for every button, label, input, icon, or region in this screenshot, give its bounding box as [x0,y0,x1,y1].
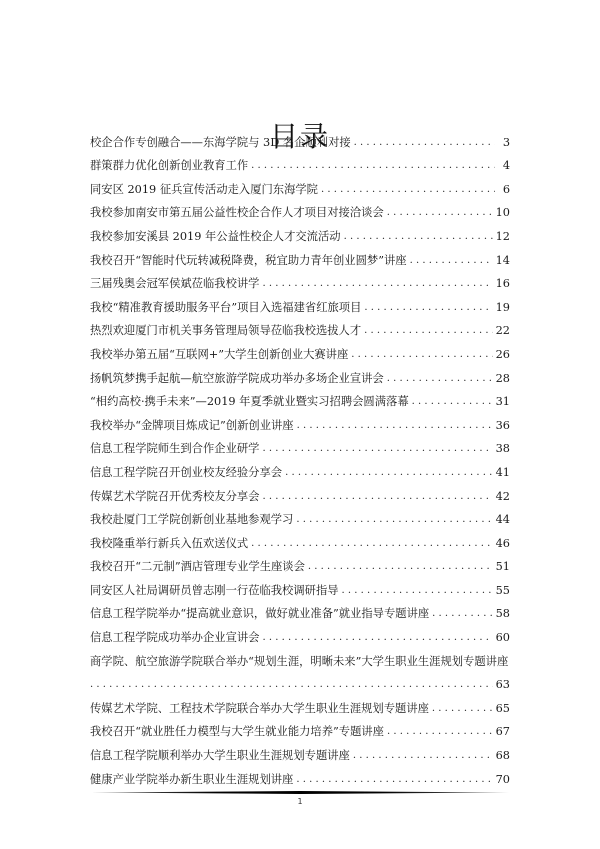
toc-entry-title: “相约高校·携手未来”—2019 年夏季就业暨实习招聘会圆满落幕 [90,395,409,409]
toc-entry[interactable]: 我校召开“二元制”酒店管理专业学生座谈会....................… [90,551,510,575]
toc-entry[interactable]: 商学院、航空旅游学院联合举办“规划生涯，明晰未来”大学生职业生涯规划专题讲座 .… [90,645,510,692]
toc-entry-title: 群策群力优化创新创业教育工作 [90,159,248,173]
toc-entry[interactable]: 三届残奥会冠军侯斌莅临我校讲学.........................… [90,268,510,292]
toc-entry-page: 55 [496,584,510,598]
dot-leader: ........................................… [321,183,495,197]
toc-entry[interactable]: 我校召开“智能时代玩转减税降费，税宜助力青年创业圆梦”讲座...........… [90,244,510,268]
dot-leader: ........................................… [410,254,493,268]
toc-entry-title: 校企合作专创融合——东海学院与 3D 名企顺利对接 [90,136,351,150]
dot-leader: ........................................… [251,159,495,173]
toc-entry-page: 42 [496,490,510,504]
toc-entry[interactable]: 我校举办“金牌项目炼成记”创新创业讲座.....................… [90,409,510,433]
toc-entry[interactable]: 健康产业学院举办新生职业生涯规划讲座......................… [90,763,510,787]
toc-entry[interactable]: 信息工程学院顺利举办大学生职业生涯规划专题讲座.................… [90,739,510,763]
toc-entry-page: 58 [496,607,510,621]
toc-entry-page: 14 [496,254,510,268]
toc-entry-title: 同安区人社局调研员曾志刚一行莅临我校调研指导 [90,584,339,598]
dot-leader: ........................................… [262,442,492,456]
dot-leader: ........................................… [387,206,493,220]
toc-entry[interactable]: 传媒艺术学院召开优秀校友分享会.........................… [90,480,510,504]
toc-entry-title: 信息工程学院师生到合作企业研学 [90,442,259,456]
toc-entry[interactable]: 传媒艺术学院、工程技术学院联合举办大学生职业生涯规划专题讲座..........… [90,692,510,716]
toc-entry-page: 67 [496,725,510,739]
toc-entry-page: 51 [496,560,510,574]
toc-entry[interactable]: 热烈欢迎厦门市机关事务管理局领导莅临我校选拔人才................… [90,315,510,339]
toc-entry-title: 三届残奥会冠军侯斌莅临我校讲学 [90,277,259,291]
toc-entry-title: 商学院、航空旅游学院联合举办“规划生涯，明晰未来”大学生职业生涯规划专题讲座 [90,655,508,669]
dot-leader: ........................................… [432,702,493,716]
toc-entry-title: 传媒艺术学院、工程技术学院联合举办大学生职业生涯规划专题讲座 [90,702,429,716]
toc-entry[interactable]: 信息工程学院成功举办企业宣讲会.........................… [90,621,510,645]
toc-entry-page: 41 [496,466,510,480]
dot-leader: ........................................… [387,725,493,739]
toc-entry-page: 60 [496,631,510,645]
toc-entry[interactable]: 信息工程学院师生到合作企业研学.........................… [90,433,510,457]
dot-leader: ........................................… [364,301,492,315]
toc-entry-title: 传媒艺术学院召开优秀校友分享会 [90,490,259,504]
toc-entry-title: 信息工程学院召开创业校友经验分享会 [90,466,282,480]
dot-leader: ........................................… [251,537,492,551]
toc-entry-page: 46 [496,537,510,551]
dot-leader: ........................................… [285,466,493,480]
toc-entry[interactable]: “相约高校·携手未来”—2019 年夏季就业暨实习招聘会圆满落幕........… [90,386,510,410]
dot-leader: ........................................… [412,395,493,409]
toc-entry-page: 70 [496,773,510,787]
toc-entry[interactable]: 我校隆重举行新兵入伍欢送仪式..........................… [90,527,510,551]
toc-entry[interactable]: 扬帆筑梦携手起航—航空旅游学院成功举办多场企业宣讲会..............… [90,362,510,386]
toc-entry-title: 信息工程学院成功举办企业宣讲会 [90,631,259,645]
toc-entry[interactable]: 我校参加南安市第五届公益性校企合作人才项目对接洽谈会..............… [90,197,510,221]
dot-leader: ........................................… [344,230,493,244]
table-of-contents: 校企合作专创融合——东海学院与 3D 名企顺利对接...............… [90,126,510,787]
dot-leader: ........................................… [351,348,492,362]
toc-entry[interactable]: 我校赴厦门工学院创新创业基地参观学习......................… [90,504,510,528]
dot-leader: ........................................… [296,513,492,527]
toc-entry[interactable]: 同安区人社局调研员曾志刚一行莅临我校调研指导..................… [90,574,510,598]
toc-entry-page: 3 [498,136,510,150]
toc-entry-page: 19 [496,301,510,315]
toc-entry-page: 44 [496,513,510,527]
toc-entry-page: 12 [496,230,510,244]
dot-leader: ........................................… [262,277,492,291]
toc-entry-title: 我校召开“就业胜任力模型与大学生就业能力培养”专题讲座 [90,725,384,739]
toc-entry-page: 68 [496,749,510,763]
dot-leader: ........................................… [297,419,493,433]
toc-entry-title: 我校参加安溪县 2019 年公益性校企人才交流活动 [90,230,341,244]
toc-entry-page: 63 [496,678,510,692]
page-number: 1 [0,797,600,806]
dot-leader: ........................................… [308,560,493,574]
toc-entry-title: 我校“精准教育援助服务平台”项目入选福建省红旅项目 [90,301,361,315]
dot-leader: ........................................… [296,773,492,787]
dot-leader: ........................................… [90,678,493,692]
toc-entry-page: 28 [496,372,510,386]
toc-entry-title: 同安区 2019 征兵宣传活动走入厦门东海学院 [90,183,318,197]
toc-entry-page: 4 [498,159,510,173]
toc-entry-title: 我校赴厦门工学院创新创业基地参观学习 [90,513,293,527]
footer-divider [91,791,509,794]
toc-entry-title: 信息工程学院顺利举办大学生职业生涯规划专题讲座 [90,749,350,763]
toc-entry-page: 38 [496,442,510,456]
toc-entry[interactable]: 我校“精准教育援助服务平台”项目入选福建省红旅项目...............… [90,291,510,315]
toc-entry-title: 我校召开“二元制”酒店管理专业学生座谈会 [90,560,305,574]
toc-entry-page: 31 [496,395,510,409]
toc-entry-page: 65 [496,702,510,716]
toc-entry[interactable]: 同安区 2019 征兵宣传活动走入厦门东海学院.................… [90,173,510,197]
toc-entry-page: 22 [496,324,510,338]
toc-entry-title: 我校举办“金牌项目炼成记”创新创业讲座 [90,419,294,433]
toc-entry[interactable]: 信息工程学院召开创业校友经验分享会.......................… [90,456,510,480]
toc-entry-page: 6 [498,183,510,197]
toc-entry-page: 16 [496,277,510,291]
toc-entry[interactable]: 群策群力优化创新创业教育工作..........................… [90,150,510,174]
toc-entry[interactable]: 我校召开“就业胜任力模型与大学生就业能力培养”专题讲座.............… [90,716,510,740]
dot-leader: ........................................… [342,584,493,598]
toc-entry-title: 扬帆筑梦携手起航—航空旅游学院成功举办多场企业宣讲会 [90,372,384,386]
toc-entry-title: 我校隆重举行新兵入伍欢送仪式 [90,537,248,551]
toc-entry-page: 26 [496,348,510,362]
toc-entry-title: 我校举办第五届“互联网+”大学生创新创业大赛讲座 [90,348,348,362]
toc-entry[interactable]: 我校举办第五届“互联网+”大学生创新创业大赛讲座................… [90,338,510,362]
toc-entry-title: 我校参加南安市第五届公益性校企合作人才项目对接洽谈会 [90,206,384,220]
dot-leader: ........................................… [432,607,492,621]
dot-leader: ........................................… [364,324,492,338]
toc-entry-page: 36 [496,419,510,433]
dot-leader: ........................................… [353,749,493,763]
toc-entry[interactable]: 信息工程学院举办“提高就业意识，做好就业准备”就业指导专题讲座.........… [90,598,510,622]
toc-entry[interactable]: 我校参加安溪县 2019 年公益性校企人才交流活动...............… [90,220,510,244]
dot-leader: ........................................… [262,631,492,645]
toc-entry-title: 我校召开“智能时代玩转减税降费，税宜助力青年创业圆梦”讲座 [90,254,407,268]
dot-leader: ........................................… [387,372,493,386]
toc-entry-page: 10 [496,206,510,220]
toc-entry-title: 热烈欢迎厦门市机关事务管理局领导莅临我校选拔人才 [90,324,361,338]
dot-leader: ........................................… [354,136,495,150]
toc-entry[interactable]: 校企合作专创融合——东海学院与 3D 名企顺利对接...............… [90,126,510,150]
toc-entry-title: 信息工程学院举办“提高就业意识，做好就业准备”就业指导专题讲座 [90,607,429,621]
toc-entry-title: 健康产业学院举办新生职业生涯规划讲座 [90,773,293,787]
dot-leader: ........................................… [262,490,492,504]
